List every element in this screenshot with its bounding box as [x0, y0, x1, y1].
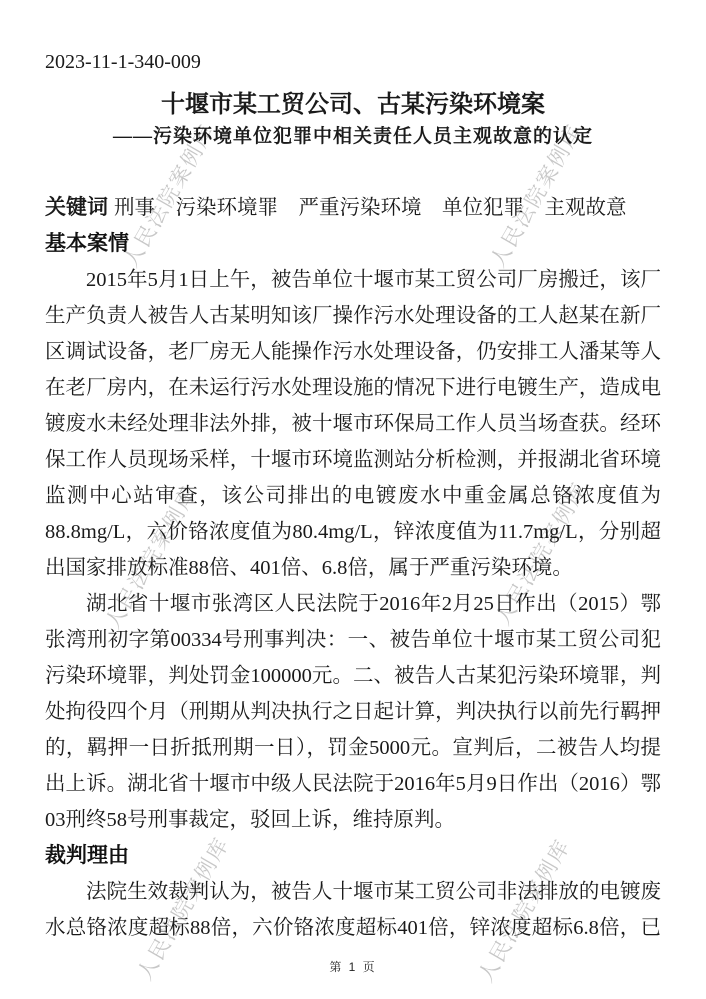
keywords-terms: 刑事 污染环境罪 严重污染环境 单位犯罪 主观故意 — [114, 197, 627, 219]
section-heading-basic-facts: 基本案情 — [45, 226, 661, 262]
document-content: 2023-11-1-340-009 十堰市某工贸公司、古某污染环境案 ——污染环… — [0, 0, 706, 947]
keywords-line: 关键词刑事 污染环境罪 严重污染环境 单位犯罪 主观故意 — [45, 190, 661, 226]
section-heading-judgment-reasons: 裁判理由 — [45, 838, 661, 874]
case-document-number: 2023-11-1-340-009 — [45, 0, 661, 74]
body-paragraph: 法院生效裁判认为，被告人十堰市某工贸公司非法排放的电镀废水总铬浓度超标88倍，六… — [45, 874, 661, 947]
keywords-label: 关键词 — [45, 196, 108, 219]
page-number: 第 1 页 — [0, 958, 706, 975]
court-case-document-page: { "page": { "doc_number": "2023-11-1-340… — [0, 0, 706, 999]
body-paragraph: 2015年5月1日上午，被告单位十堰市某工贸公司厂房搬迁，该厂生产负责人被告人古… — [45, 262, 661, 586]
body-paragraph: 湖北省十堰市张湾区人民法院于2016年2月25日作出（2015）鄂张湾刑初字第0… — [45, 586, 661, 838]
case-subtitle: ——污染环境单位犯罪中相关责任人员主观故意的认定 — [45, 124, 661, 150]
case-title: 十堰市某工贸公司、古某污染环境案 — [45, 90, 661, 120]
section-judgment-reasons: 裁判理由 法院生效裁判认为，被告人十堰市某工贸公司非法排放的电镀废水总铬浓度超标… — [45, 838, 661, 947]
section-basic-facts: 基本案情 2015年5月1日上午，被告单位十堰市某工贸公司厂房搬迁，该厂生产负责… — [45, 226, 661, 838]
